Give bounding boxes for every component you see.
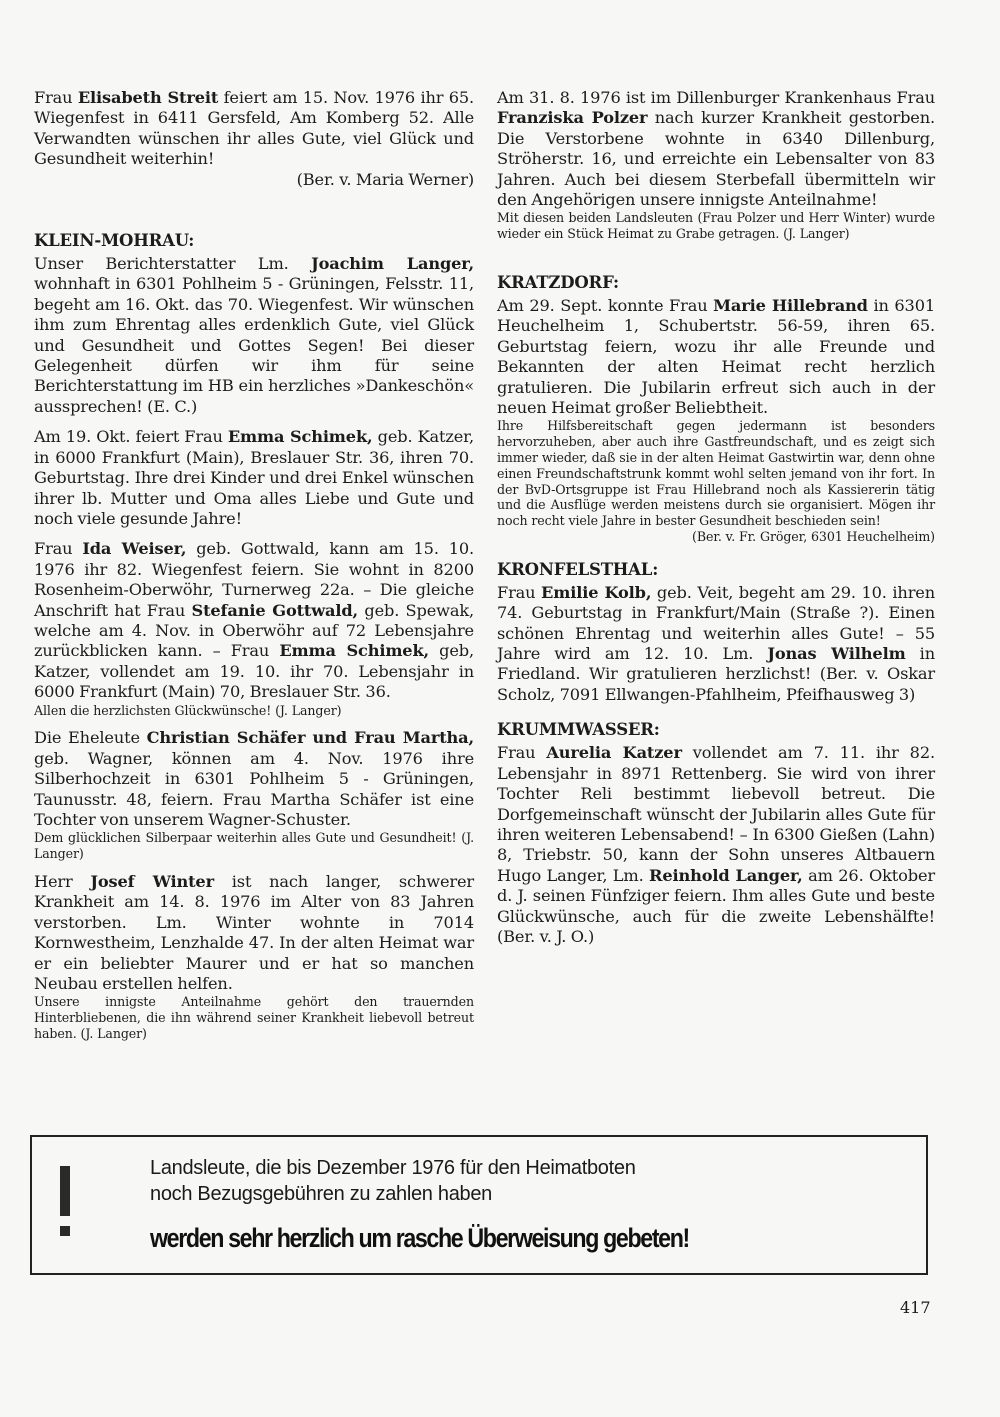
section-heading-krummwasser: KRUMMWASSER:	[497, 719, 935, 741]
text: Am 19. Okt. feiert Frau	[34, 427, 228, 446]
person-name: Jonas Wilhelm	[767, 644, 905, 663]
person-name: Franziska Polzer	[497, 108, 647, 127]
person-name: Marie Hillebrand	[713, 296, 868, 315]
person-name: Emilie Kolb,	[541, 583, 651, 602]
entry-franziska-polzer: Am 31. 8. 1976 ist im Dillenburger Krank…	[497, 88, 935, 210]
entry-elisabeth-streit: Frau Elisabeth Streit feiert am 15. Nov.…	[34, 88, 474, 170]
person-name: Stefanie Gottwald,	[192, 601, 359, 620]
entry-emilie-kolb: Frau Emilie Kolb, geb. Veit, begeht am 2…	[497, 583, 935, 705]
exclamation-icon	[60, 1166, 70, 1238]
entry-marie-hillebrand: Am 29. Sept. konnte Frau Marie Hillebran…	[497, 296, 935, 418]
text: geb. Wagner, können am 4. Nov. 1976 ihre…	[34, 749, 474, 829]
small-note: Dem glücklichen Silberpaar weiterhin all…	[34, 830, 474, 862]
small-note: Unsere innigste Anteilnahme gehört den t…	[34, 994, 474, 1041]
exclamation-bar	[60, 1166, 70, 1216]
person-name: Reinhold Langer,	[649, 866, 803, 885]
section-heading-klein-mohrau: KLEIN-MOHRAU:	[34, 230, 474, 252]
entry-josef-winter: Herr Josef Winter ist nach langer, schwe…	[34, 872, 474, 994]
person-name: Emma Schimek,	[228, 427, 373, 446]
small-note: Ihre Hilfsbereitschaft gegen jedermann i…	[497, 418, 935, 529]
section-heading-kratzdorf: KRATZDORF:	[497, 272, 935, 294]
section-heading-kronfelsthal: KRONFELSTHAL:	[497, 559, 935, 581]
text: Unser Berichterstatter Lm.	[34, 254, 311, 273]
person-name: Josef Winter	[90, 872, 214, 891]
signature: (Ber. v. Fr. Gröger, 6301 Heuchelheim)	[497, 529, 935, 545]
text: Am 29. Sept. konnte Frau	[497, 296, 713, 315]
text: wohnhaft in 6301 Pohlheim 5 - Grüningen,…	[34, 274, 474, 415]
text: Herr	[34, 872, 90, 891]
person-name: Elisabeth Streit	[78, 88, 218, 107]
entry-christian-schaefer: Die Eheleute Christian Schäfer und Frau …	[34, 728, 474, 830]
notice-bold-line: werden sehr herzlich um rasche Überweisu…	[150, 1222, 689, 1254]
person-name: Ida Weiser,	[82, 539, 186, 558]
entry-ida-weiser: Frau Ida Weiser, geb. Gottwald, kann am …	[34, 539, 474, 702]
text: Die Eheleute	[34, 728, 147, 747]
text: Frau	[34, 88, 78, 107]
small-note: Allen die herzlichsten Glückwünsche! (J.…	[34, 703, 474, 719]
text: vollendet am 7. 11. ihr 82. Lebensjahr i…	[497, 743, 935, 884]
page-number: 417	[900, 1298, 931, 1317]
left-column: Frau Elisabeth Streit feiert am 15. Nov.…	[34, 88, 474, 1052]
entry-emma-schimek: Am 19. Okt. feiert Frau Emma Schimek, ge…	[34, 427, 474, 529]
text: Am 31. 8. 1976 ist im Dillenburger Krank…	[497, 88, 935, 107]
text: Frau	[497, 743, 546, 762]
small-note: Mit diesen beiden Landsleuten (Frau Polz…	[497, 210, 935, 242]
person-name: Aurelia Katzer	[546, 743, 681, 762]
right-column: Am 31. 8. 1976 ist im Dillenburger Krank…	[497, 88, 935, 957]
notice-line-2: noch Bezugsgebühren zu zahlen haben	[150, 1182, 492, 1206]
person-name: Emma Schimek,	[279, 641, 429, 660]
notice-line-1: Landsleute, die bis Dezember 1976 für de…	[150, 1156, 636, 1180]
text: Frau	[34, 539, 82, 558]
entry-aurelia-katzer: Frau Aurelia Katzer vollendet am 7. 11. …	[497, 743, 935, 947]
signature: (Ber. v. Maria Werner)	[34, 170, 474, 190]
text: Frau	[497, 583, 541, 602]
person-name: Christian Schäfer und Frau Martha,	[147, 728, 474, 747]
entry-joachim-langer: Unser Berichterstatter Lm. Joachim Lange…	[34, 254, 474, 417]
exclamation-dot	[60, 1226, 70, 1236]
person-name: Joachim Langer,	[311, 254, 474, 273]
